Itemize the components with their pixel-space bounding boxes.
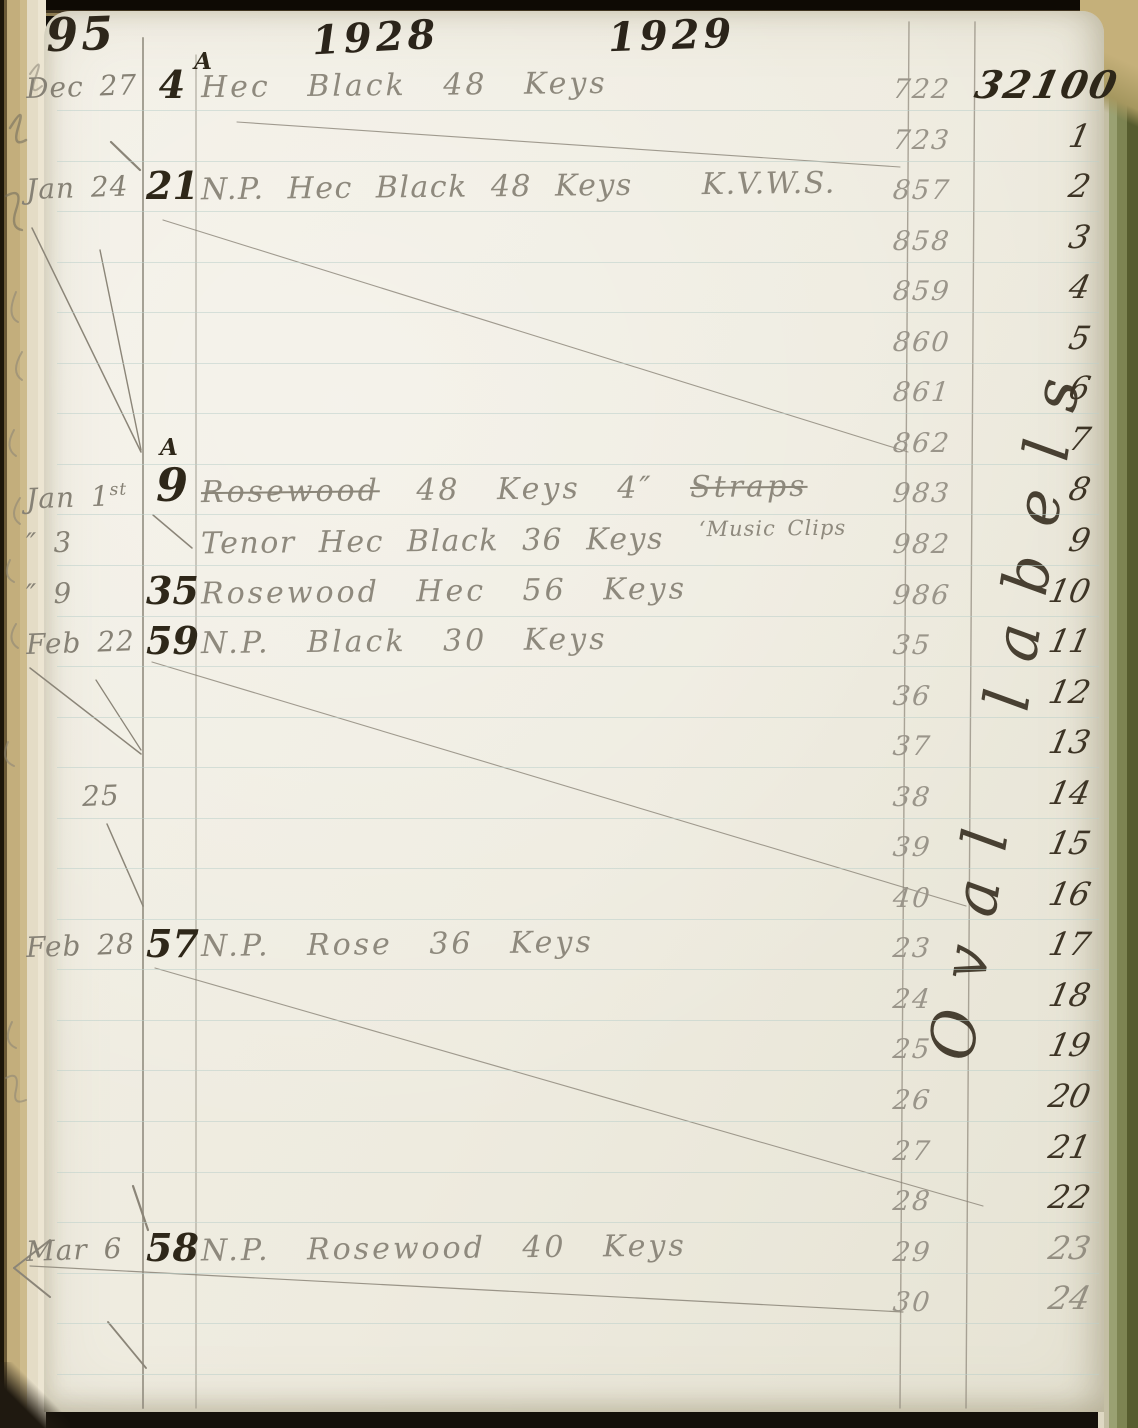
entry-description: N.P. Hec Black 48 Keys K.V.W.S. [201,162,836,213]
serial-number: 25 [891,1030,975,1070]
entry-date: ″ 9 [25,570,144,614]
count-number: 20 [974,1075,1095,1117]
entry-date: Mar 6 [25,1228,144,1272]
serial-number: 35 [891,626,975,666]
entry-date: Jan 1st [25,469,145,519]
description-segment: Rosewood Hec 56 Keys [201,571,687,611]
entry-date: Feb 28 [25,924,144,968]
count-number: 12 [974,671,1095,713]
description-segment: 48 Keys 4″ [416,471,654,508]
count-number: 3 [974,216,1095,258]
count-number: 10 [974,570,1095,612]
model-number: 59 [146,618,198,664]
ruled-line [57,1121,1099,1122]
serial-number: 983 [891,474,975,514]
entry-description: Tenor Hec Black 36 Keys ‘Music Clips [201,516,847,569]
paper-content: 95 1928 1929 Oval labels 722321007231857… [0,0,1138,1428]
count-number: 8 [974,468,1095,510]
count-number: 22 [974,1176,1095,1218]
model-number: 57 [146,921,198,967]
description-segment: N.P. Black 30 Keys [201,622,608,661]
serial-number: 858 [891,222,975,262]
count-number: 7 [974,418,1095,460]
serial-number: 982 [891,525,975,565]
serial-number: 986 [891,576,975,616]
description-segment: N.P. Rosewood 40 Keys [201,1228,687,1268]
year-heading-1929: 1929 [607,10,736,62]
date-superscript: st [109,480,127,501]
serial-number: 27 [891,1132,975,1172]
model-number: 35 [146,568,198,614]
entry-description: Rosewood 48 Keys 4″ Straps [201,465,808,515]
model-number: 9A [146,460,198,510]
entry-description: Rosewood Hec 56 Keys [201,567,687,616]
page-number: 95 [45,5,117,63]
count-number: 1 [974,115,1095,157]
ruled-line [57,312,1099,313]
ruled-line [57,767,1099,768]
ruled-line [57,1070,1099,1071]
count-number: 6 [974,367,1095,409]
count-number: 17 [974,923,1095,965]
serial-number: 722 [891,70,975,110]
serial-number: 30 [891,1283,975,1323]
entry-date: Feb 22 [25,621,144,665]
serial-number: 37 [891,727,975,767]
serial-number: 723 [891,121,975,161]
count-number: 14 [974,772,1095,814]
count-number: 32100 [964,64,1123,106]
serial-number: 24 [891,980,975,1020]
serial-number: 36 [891,677,975,717]
entry-description: N.P. Black 30 Keys [201,618,608,666]
model-superscript: A [160,436,178,459]
serial-number: 40 [891,879,975,919]
description-segment: Straps [690,469,808,505]
ruled-line [57,868,1099,869]
count-number: 21 [974,1126,1095,1168]
serial-number: 38 [891,778,975,818]
description-segment: N.P. Rose 36 Keys [201,925,594,964]
count-number: 9 [974,519,1095,561]
count-number: 5 [974,317,1095,359]
ruled-line [57,666,1099,667]
description-segment: Rosewood [201,474,380,511]
description-segment: Hec Black 48 Keys [201,66,608,105]
year-heading-1928: 1928 [311,11,441,66]
entry-date: ″ 3 [25,520,144,564]
description-segment: N.P. Hec Black 48 Keys [201,168,633,208]
entry-date: 25 [81,773,200,817]
description-segment: Tenor Hec Black 36 Keys [201,521,664,561]
ruled-line [57,969,1099,970]
ruled-line [57,1323,1099,1324]
count-number: 24 [974,1277,1095,1319]
serial-number: 859 [891,272,975,312]
count-number: 16 [974,873,1095,915]
serial-number: 39 [891,828,975,868]
model-number: 58 [146,1225,198,1271]
model-number: 21 [146,163,198,209]
serial-number: 26 [891,1081,975,1121]
count-number: 15 [974,822,1095,864]
serial-number: 857 [891,171,975,211]
serial-number: 28 [891,1182,975,1222]
serial-number: 23 [891,929,975,969]
count-number: 2 [974,165,1095,207]
entry-date: Dec 27 [25,65,144,109]
model-number: 4A [146,62,198,108]
photo-corner-bottom-left [0,1362,70,1428]
ruled-line [57,110,1099,111]
entry-description: N.P. Rose 36 Keys [201,921,594,969]
serial-number: 861 [891,373,975,413]
count-number: 11 [974,620,1095,662]
description-segment: ‘Music Clips [699,516,847,542]
count-number: 18 [974,974,1095,1016]
serial-number: 860 [891,323,975,363]
serial-number: 862 [891,424,975,464]
serial-number: 29 [891,1233,975,1273]
count-number: 19 [974,1024,1095,1066]
ruled-line [57,413,1099,414]
count-number: 23 [974,1227,1095,1269]
count-number: 13 [974,721,1095,763]
ruled-line [57,1020,1099,1021]
entry-description: N.P. Rosewood 40 Keys [201,1224,687,1273]
count-number: 4 [974,266,1095,308]
ruled-line [57,1222,1099,1223]
entry-description: Hec Black 48 Keys [201,62,608,110]
ruled-line [57,1374,1099,1375]
entry-date: Jan 24 [25,166,144,210]
description-segment: K.V.W.S. [702,166,836,202]
